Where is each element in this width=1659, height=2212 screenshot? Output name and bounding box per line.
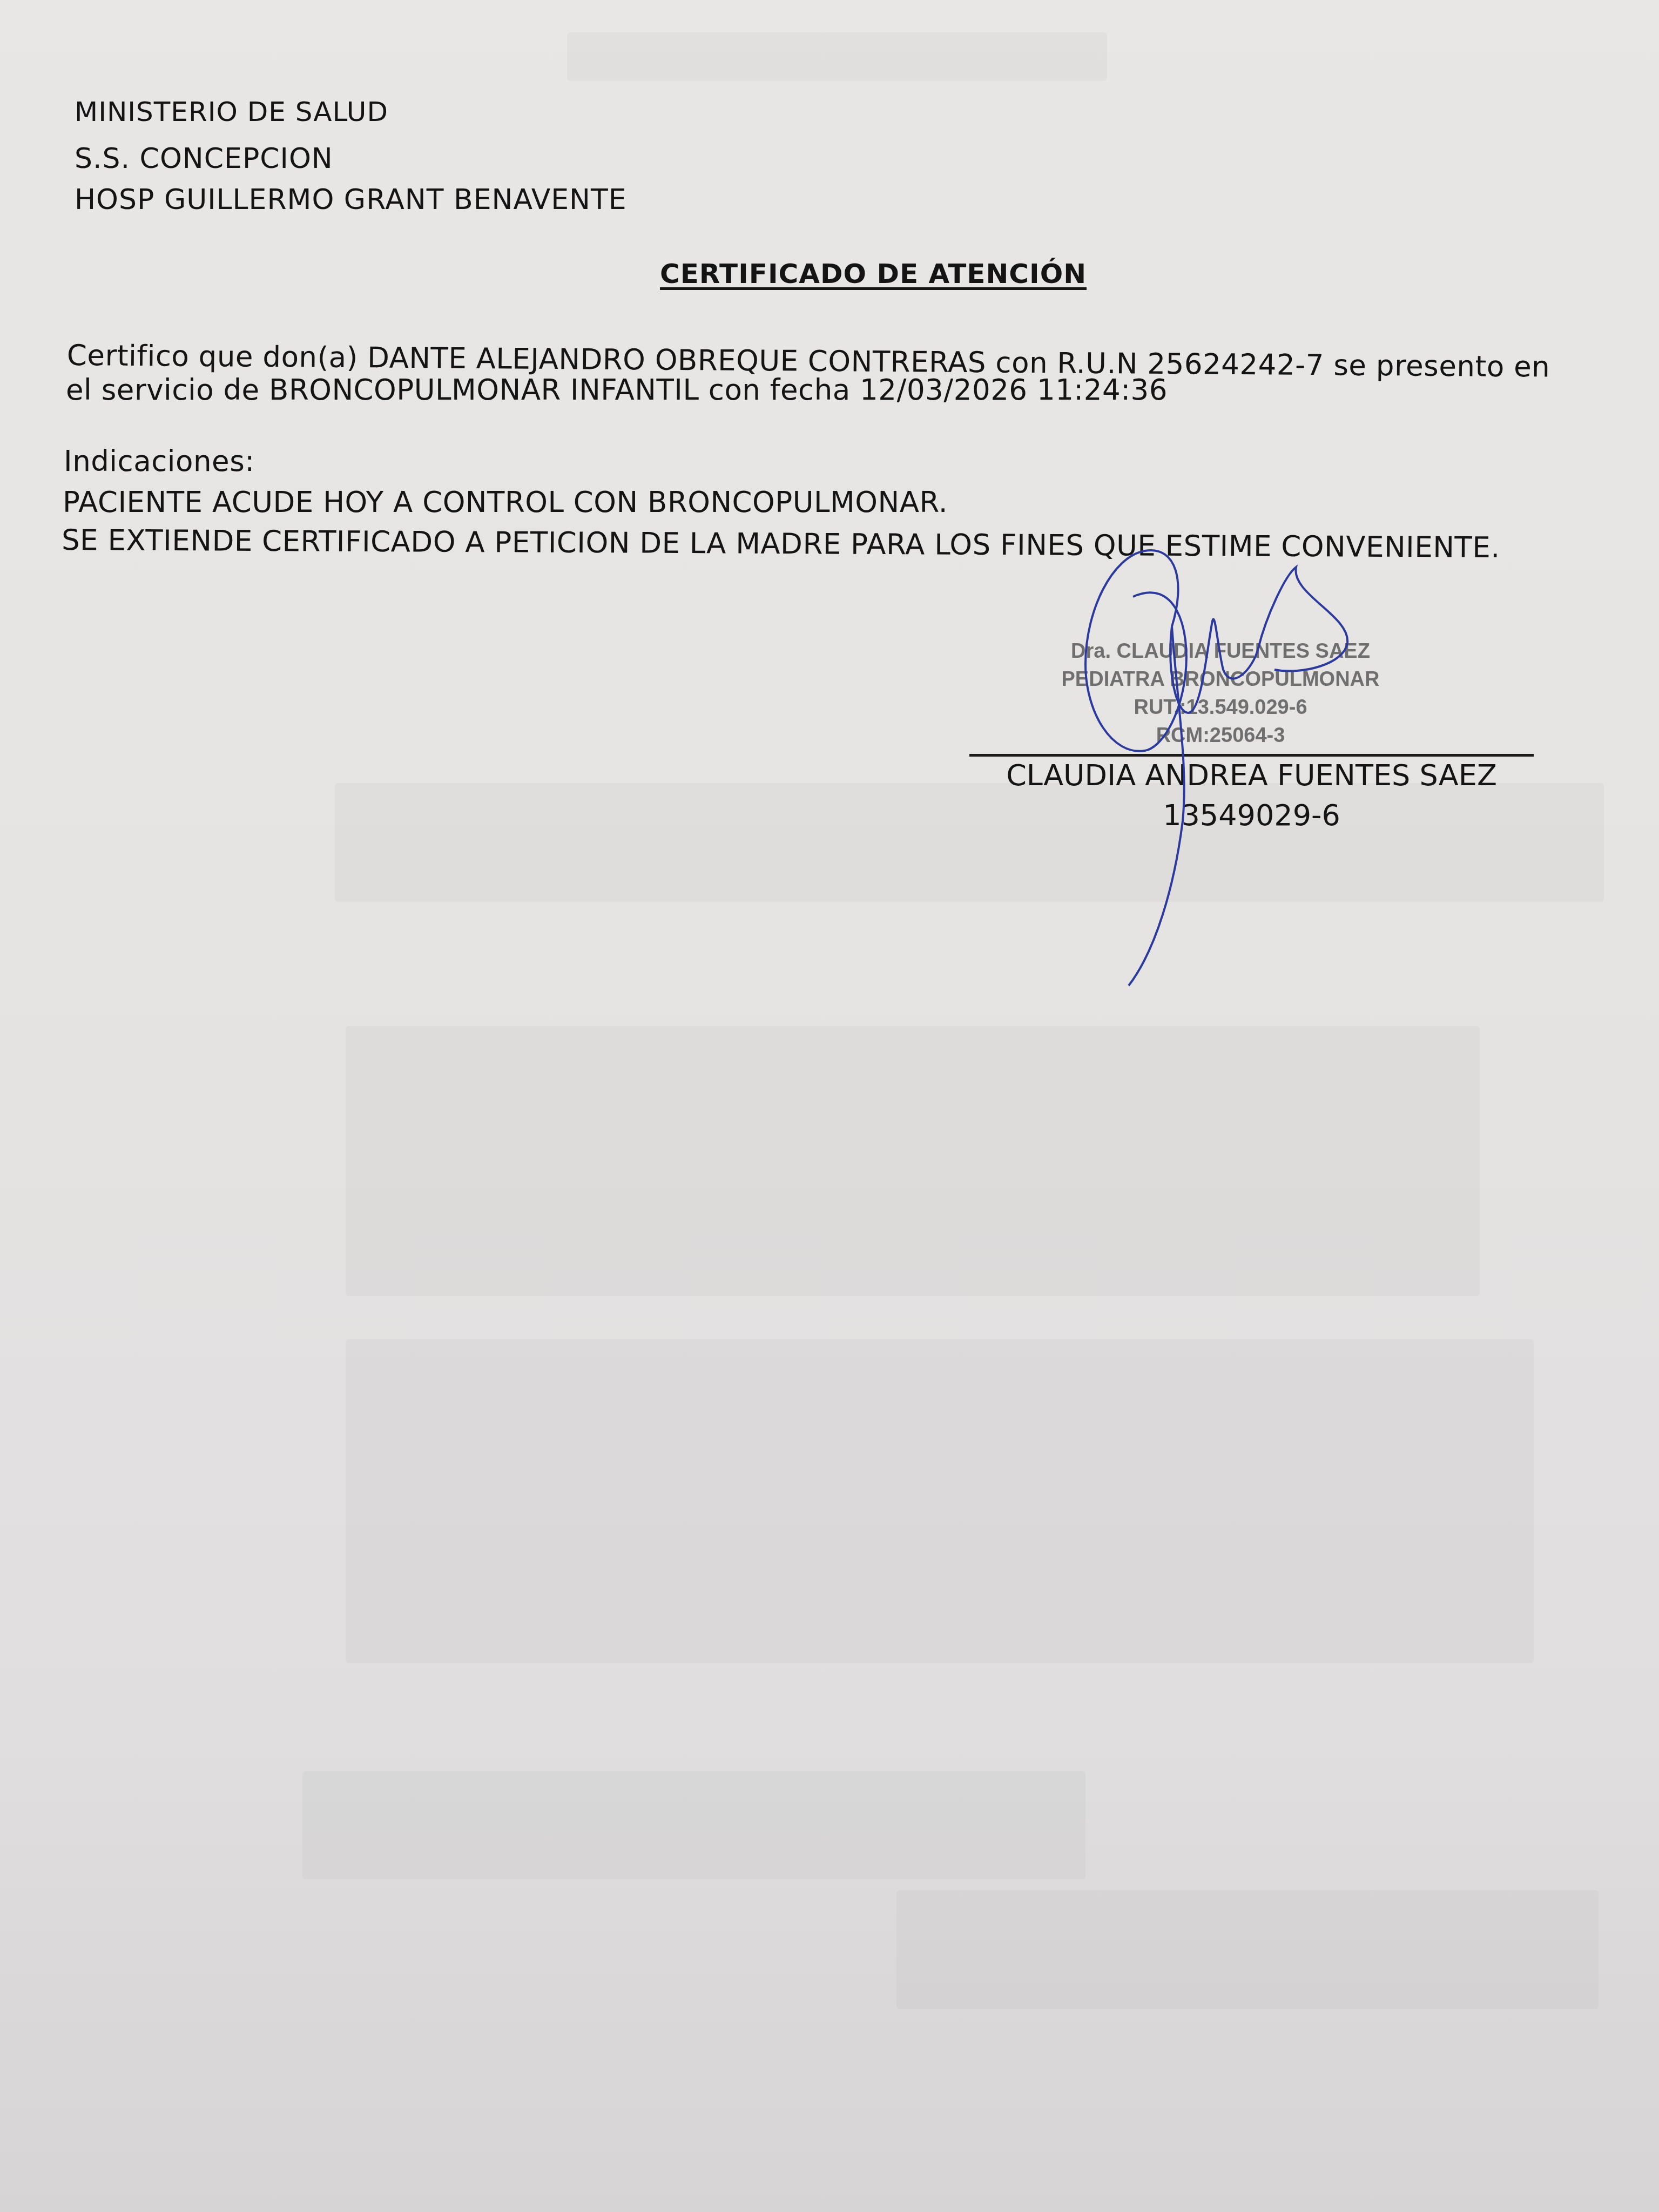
indication-line: SE EXTIENDE CERTIFICADO A PETICION DE LA… [62,524,1500,564]
stamp-line: RCM:25064-3 [1004,721,1437,750]
document-title: CERTIFICADO DE ATENCIÓN [660,258,1087,289]
certificate-page: MINISTERIO DE SALUD S.S. CONCEPCION HOSP… [0,0,1659,2212]
signer-rut: 13549029-6 [969,798,1534,832]
signature-line [969,754,1534,757]
ministry-name: MINISTERIO DE SALUD [75,96,388,127]
indications-label: Indicaciones: [64,445,255,478]
stamp-line: Dra. CLAUDIA FUENTES SAEZ [1004,637,1437,665]
indication-line: PACIENTE ACUDE HOY A CONTROL CON BRONCOP… [63,486,948,519]
bleed-through-shadow [896,1890,1599,2009]
certification-text-line-2: el servicio de BRONCOPULMONAR INFANTIL c… [66,374,1168,407]
hospital-name: HOSP GUILLERMO GRANT BENAVENTE [75,184,627,216]
stamp-line: RUT.:13.549.029-6 [1004,693,1437,721]
health-service-name: S.S. CONCEPCION [75,143,333,175]
bleed-through-shadow [346,1026,1480,1296]
bleed-through-shadow [567,32,1107,81]
stamp-line: PEDIATRA BRONCOPULMONAR [1004,665,1437,693]
bleed-through-shadow [346,1339,1534,1663]
signer-name: CLAUDIA ANDREA FUENTES SAEZ [969,758,1534,792]
doctor-stamp: Dra. CLAUDIA FUENTES SAEZ PEDIATRA BRONC… [1004,637,1437,750]
bleed-through-shadow [302,1771,1085,1879]
